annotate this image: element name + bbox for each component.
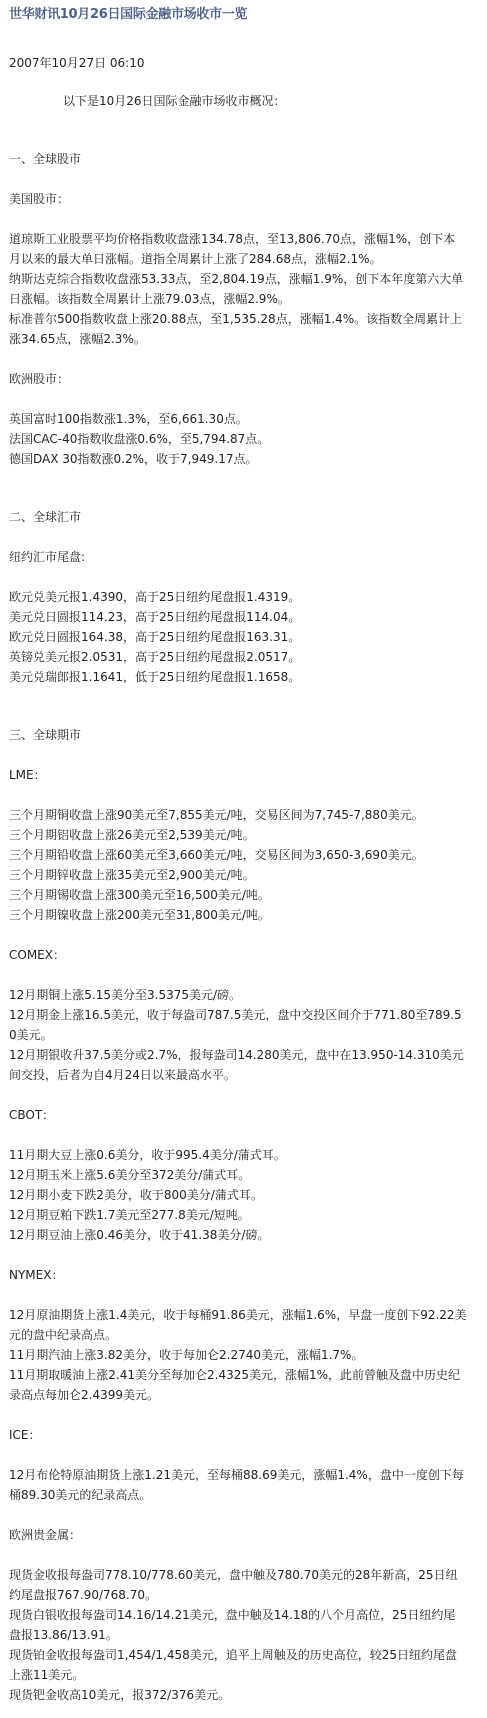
list-item: 12月期玉米上涨5.6美分至372美分/蒲式耳。 [9,1165,487,1185]
subheading-precious-metals: 欧洲贵金属： [9,1525,487,1545]
subheading-europe-stocks: 欧洲股市： [9,369,487,389]
list-item: 11月期取暖油上涨2.41美分至每加仑2.4325美元，涨幅1%，此前曾触及盘中… [9,1365,487,1405]
lme-list: 三个月期铜收盘上涨90美元至7,855美元/吨，交易区间为7,745-7,880… [9,805,487,925]
list-item: 12月期金上涨16.5美元，收于每盎司787.5美元，盘中交投区间介于771.8… [9,1005,487,1045]
subheading-lme: LME： [9,765,487,785]
list-item: 12月期豆粕下跌1.7美元至277.8美元/短吨。 [9,1205,487,1225]
comex-list: 12月期铜上涨5.15美分至3.5375美元/磅。 12月期金上涨16.5美元，… [9,985,487,1085]
list-item: 现货钯金收高10美元，报372/376美元。 [9,1685,487,1705]
section-title-fx: 二、全球汇市 [9,507,487,527]
article-title: 世华财讯10月26日国际金融市场收市一览 [9,0,487,29]
list-item: 三个月期锡收盘上涨300美元至16,500美元/吨。 [9,885,487,905]
nymex-list: 12月原油期货上涨1.4美元，收于每桶91.86美元，涨幅1.6%，早盘一度创下… [9,1305,487,1405]
list-item: 12月期银收升37.5美分或2.7%，报每盎司14.280美元，盘中在13.95… [9,1045,487,1085]
section-title-futures: 三、全球期市 [9,725,487,745]
precious-metals-list: 现货金收报每盎司778.10/778.60美元，盘中触及780.70美元的28年… [9,1565,487,1705]
subheading-ny-fx: 纽约汇市尾盘: [9,547,487,567]
list-item: 三个月期镍收盘上涨200美元至31,800美元/吨。 [9,905,487,925]
subheading-comex: COMEX： [9,945,487,965]
list-item: 标准普尔500指数收盘上涨20.88点，至1,535.28点，涨幅1.4%。该指… [9,309,487,349]
list-item: 德国DAX 30指数涨0.2%，收于7,949.17点。 [9,449,487,469]
list-item: 11月期汽油上涨3.82美分，收于每加仑2.2740美元，涨幅1.7%。 [9,1345,487,1365]
us-stocks-list: 道琼斯工业股票平均价格指数收盘涨134.78点，至13,806.70点，涨幅1%… [9,229,487,349]
list-item: 英国富时100指数涨1.3%，至6,661.30点。 [9,409,487,429]
list-item: 现货白银收报每盎司14.16/14.21美元，盘中触及14.18的八个月高位，2… [9,1605,487,1645]
list-item: 美元兑日圆报114.23，高于25日纽约尾盘报114.04。 [9,607,487,627]
subheading-ice: ICE： [9,1425,487,1445]
subheading-cbot: CBOT： [9,1105,487,1125]
list-item: 12月原油期货上涨1.4美元，收于每桶91.86美元，涨幅1.6%，早盘一度创下… [9,1305,487,1345]
fx-list: 欧元兑美元报1.4390，高于25日纽约尾盘报1.4319。 美元兑日圆报114… [9,587,487,687]
article: 世华财讯10月26日国际金融市场收市一览 2007年10月27日 06:10 以… [0,0,487,1705]
list-item: 三个月期锌收盘上涨35美元至2,900美元/吨。 [9,865,487,885]
subheading-us-stocks: 美国股市： [9,189,487,209]
list-item: 法国CAC-40指数收盘涨0.6%，至5,794.87点。 [9,429,487,449]
list-item: 道琼斯工业股票平均价格指数收盘涨134.78点，至13,806.70点，涨幅1%… [9,229,487,269]
list-item: 现货铂金收报每盎司1,454/1,458美元，追平上周触及的历史高位，较25日纽… [9,1645,487,1685]
cbot-list: 11月期大豆上涨0.6美分，收于995.4美分/蒲式耳。 12月期玉米上涨5.6… [9,1145,487,1245]
list-item: 现货金收报每盎司778.10/778.60美元，盘中触及780.70美元的28年… [9,1565,487,1605]
ice-list: 12月布伦特原油期货上涨1.21美元，至每桶88.69美元，涨幅1.4%，盘中一… [9,1465,487,1505]
list-item: 12月期铜上涨5.15美分至3.5375美元/磅。 [9,985,487,1005]
list-item: 美元兑瑞郎报1.1641，低于25日纽约尾盘报1.1658。 [9,667,487,687]
subheading-nymex: NYMEX： [9,1265,487,1285]
publish-date: 2007年10月27日 06:10 [9,53,487,73]
list-item: 三个月期铜收盘上涨90美元至7,855美元/吨，交易区间为7,745-7,880… [9,805,487,825]
list-item: 12月布伦特原油期货上涨1.21美元，至每桶88.69美元，涨幅1.4%，盘中一… [9,1465,487,1505]
list-item: 英镑兑美元报2.0531，高于25日纽约尾盘报2.0517。 [9,647,487,667]
europe-stocks-list: 英国富时100指数涨1.3%，至6,661.30点。 法国CAC-40指数收盘涨… [9,409,487,469]
list-item: 纳斯达克综合指数收盘涨53.33点，至2,804.19点，涨幅1.9%，创下本年… [9,269,487,309]
list-item: 三个月期铅收盘上涨60美元至3,660美元/吨，交易区间为3,650-3,690… [9,845,487,865]
list-item: 欧元兑美元报1.4390，高于25日纽约尾盘报1.4319。 [9,587,487,607]
list-item: 12月期豆油上涨0.46美分，收于41.38美分/磅。 [9,1225,487,1245]
list-item: 11月期大豆上涨0.6美分，收于995.4美分/蒲式耳。 [9,1145,487,1165]
section-title-stocks: 一、全球股市 [9,149,487,169]
list-item: 三个月期铝收盘上涨26美元至2,539美元/吨。 [9,825,487,845]
list-item: 12月期小麦下跌2美分，收于800美分/蒲式耳。 [9,1185,487,1205]
list-item: 欧元兑日圆报164.38，高于25日纽约尾盘报163.31。 [9,627,487,647]
intro-text: 以下是10月26日国际金融市场收市概况： [9,91,487,111]
